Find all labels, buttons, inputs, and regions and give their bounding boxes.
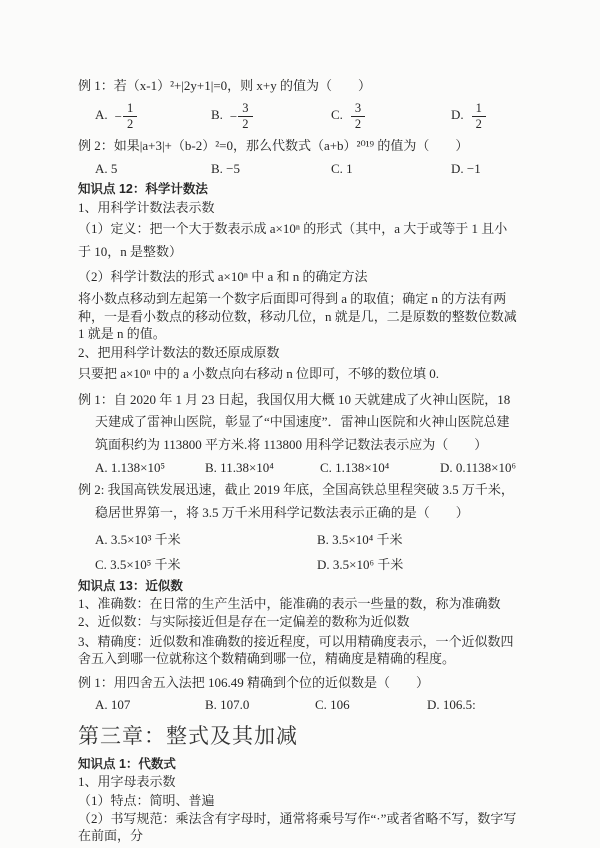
fraction-denominator: 2 bbox=[355, 117, 361, 131]
minus-sign: − bbox=[230, 108, 237, 125]
option-label: C. bbox=[331, 107, 343, 122]
options-row: C. 3.5×10⁵ 千米 D. 3.5×10⁶ 千米 bbox=[78, 556, 518, 573]
fraction-denominator: 2 bbox=[476, 117, 482, 131]
option-a: A.−12 bbox=[95, 102, 211, 131]
kp12-definition2: （2）科学计数法的形式 a×10ⁿ 中 a 和 n 的确定方法 bbox=[78, 266, 518, 289]
option-d: D.12 bbox=[451, 102, 518, 131]
option-c: C. 1 bbox=[331, 160, 451, 177]
question-ex2: 例 2：如果|a+3|+（b-2）²=0，那么代数式（a+b）²⁰¹⁹ 的值为（… bbox=[78, 137, 518, 154]
options-row: A. 5 B. −5 C. 1 D. −1 bbox=[78, 160, 518, 177]
option-d: D. −1 bbox=[451, 160, 518, 177]
kp12-item2: 2、把用科学计数法的数还原成原数 bbox=[78, 344, 518, 361]
kp12-item1: 1、用科学计数法表示数 bbox=[78, 199, 518, 216]
question-ex1: 例 1：若（x-1）²+|2y+1|=0，则 x+y 的值为（ ） bbox=[78, 77, 518, 94]
kp12-definition: （1）定义：把一个大于数表示成 a×10ⁿ 的形式（其中，a 大于或等于 1 且… bbox=[78, 218, 518, 264]
page-content: 例 1：若（x-1）²+|2y+1|=0，则 x+y 的值为（ ） A.−12 … bbox=[78, 72, 518, 844]
chapter-3-heading: 第三章：整式及其加减 bbox=[78, 723, 518, 750]
option-a: A. 107 bbox=[95, 696, 205, 713]
option-b: B.−32 bbox=[211, 102, 331, 131]
option-b: B. 107.0 bbox=[205, 696, 315, 713]
knowledge-point-13-title: 知识点 13：近似数 bbox=[78, 578, 518, 595]
kp12-question-ex1: 例 1：自 2020 年 1 月 23 日起，我国仅用大概 10 天就建成了火神… bbox=[78, 389, 518, 457]
fraction: 12 bbox=[472, 102, 486, 131]
fraction-numerator: 3 bbox=[238, 102, 252, 117]
option-c: C.32 bbox=[331, 102, 451, 131]
knowledge-point-12-title: 知识点 12：科学计数法 bbox=[78, 181, 518, 198]
kp1-sub1: （1）特点：简明、普遍 bbox=[78, 792, 518, 809]
kp13-item1: 1、准确数：在日常的生产生活中，能准确的表示一些量的数，称为准确数 bbox=[78, 595, 518, 612]
fraction-numerator: 1 bbox=[472, 102, 486, 117]
fraction-denominator: 2 bbox=[242, 117, 248, 131]
document-page: 例 1：若（x-1）²+|2y+1|=0，则 x+y 的值为（ ） A.−12 … bbox=[0, 0, 600, 848]
fraction-numerator: 3 bbox=[351, 102, 365, 117]
option-d: D. 0.1138×10⁶ bbox=[440, 459, 518, 476]
fraction: 12 bbox=[123, 102, 137, 131]
kp12-restore-rule: 只要把 a×10ⁿ 中的 a 小数点向右移动 n 位即可，不够的数位填 0. bbox=[78, 363, 518, 386]
option-a: A. 5 bbox=[95, 160, 211, 177]
option-a: A. 3.5×10³ 千米 bbox=[95, 531, 317, 548]
kp13-item3: 3、精确度：近似数和准确数的接近程度，可以用精确度表示，一个近似数四舍五入到哪一… bbox=[78, 633, 518, 668]
options-row: A. 1.138×10⁵ B. 11.38×10⁴ C. 1.138×10⁴ D… bbox=[78, 459, 518, 476]
option-c: C. 1.138×10⁴ bbox=[320, 459, 440, 476]
fraction: 32 bbox=[351, 102, 365, 131]
option-d: D. 106.5: bbox=[427, 696, 518, 713]
kp12-question-ex2: 例 2: 我国高铁发展迅速，截止 2019 年底，全国高铁总里程突破 3.5 万… bbox=[78, 479, 518, 525]
option-label: D. bbox=[451, 107, 464, 122]
fraction-numerator: 1 bbox=[123, 102, 137, 117]
option-label: B. bbox=[211, 107, 223, 122]
option-b: B. 3.5×10⁴ 千米 bbox=[317, 531, 518, 548]
kp1-item1: 1、用字母表示数 bbox=[78, 773, 518, 790]
options-row-fractions: A.−12 B.−32 C.32 D.12 bbox=[78, 100, 518, 132]
fraction: 32 bbox=[238, 102, 252, 131]
fraction-denominator: 2 bbox=[127, 117, 133, 131]
kp12-method: 将小数点移动到左起第一个数字后面即可得到 a 的取值；确定 n 的方法有两种，一… bbox=[78, 290, 518, 342]
option-b: B. 11.38×10⁴ bbox=[205, 459, 320, 476]
knowledge-point-1-title: 知识点 1：代数式 bbox=[78, 756, 518, 773]
kp13-item2: 2、近似数：与实际接近但是存在一定偏差的数称为近似数 bbox=[78, 613, 518, 630]
options-row: A. 107 B. 107.0 C. 106 D. 106.5: bbox=[78, 696, 518, 713]
option-b: B. −5 bbox=[211, 160, 331, 177]
option-c: C. 3.5×10⁵ 千米 bbox=[95, 556, 317, 573]
minus-sign: − bbox=[115, 108, 122, 125]
option-c: C. 106 bbox=[315, 696, 427, 713]
kp13-question-ex1: 例 1：用四舍五入法把 106.49 精确到个位的近似数是（ ） bbox=[78, 674, 518, 691]
kp1-sub2: （2）书写规范：乘法含有字母时，通常将乘号写作“·”或者省略不写，数字写在前面，… bbox=[78, 810, 518, 844]
options-row: A. 3.5×10³ 千米 B. 3.5×10⁴ 千米 bbox=[78, 531, 518, 548]
option-d: D. 3.5×10⁶ 千米 bbox=[317, 556, 518, 573]
option-a: A. 1.138×10⁵ bbox=[95, 459, 205, 476]
option-label: A. bbox=[95, 107, 108, 122]
